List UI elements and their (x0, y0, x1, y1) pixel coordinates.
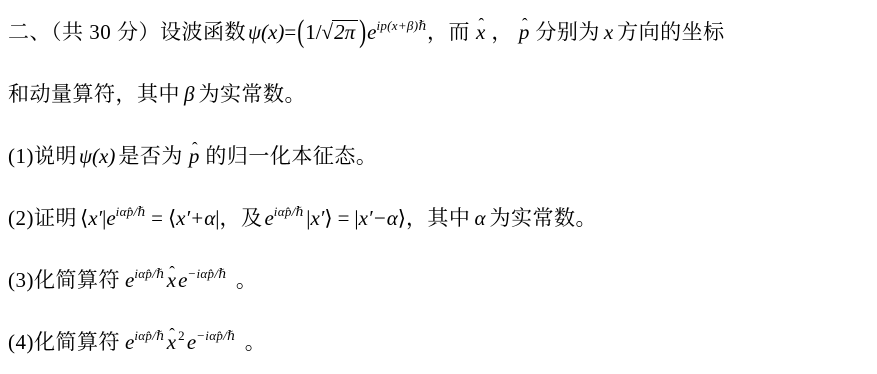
inverse-translation-operator: e−iαp̂/ℏ (178, 268, 227, 293)
exponent: iαp̂/ℏ (116, 204, 146, 219)
sub-question-1: (1)说明 ψ (x) 是否为 pˆ 的归一化本征态。 (6, 125, 869, 187)
mid-text: 分别为 (535, 1, 600, 63)
right-angle-bracket: ⟩ (324, 187, 332, 249)
equals-sign: = (151, 187, 163, 249)
exponent: −iαp̂/ℏ (196, 328, 236, 343)
sub-question-3: (3)化简算符 eiαp̂/ℏ xˆ e−iαp̂/ℏ 。 (6, 249, 869, 311)
exponent: −iαp̂/ℏ (187, 266, 227, 281)
square-exponent: 2 (178, 328, 185, 343)
mid-text: 是否为 (118, 125, 183, 187)
translation-operator: eiαp̂/ℏ (264, 206, 304, 231)
translation-operator: eiαp̂/ℏ (125, 268, 165, 293)
hat-accent: ˆ (522, 17, 528, 34)
question-number: (4)化简算符 (8, 311, 120, 373)
period: 。 (245, 311, 267, 373)
problem-statement-line-2: 和动量算符，其中 β 为实常数。 (6, 63, 869, 125)
exponent: iαp̂/ℏ (134, 328, 164, 343)
pre-text: 和动量算符，其中 (8, 63, 180, 125)
x-variable: x (604, 1, 613, 63)
x-prime-plus-alpha: x′+α (176, 187, 215, 249)
right-paren: ) (358, 13, 367, 51)
psi-argument: (x) (261, 1, 284, 63)
one-over-numerator: 1/ (305, 1, 321, 63)
translation-operator: eiαp̂/ℏ (125, 330, 165, 355)
hat-accent: ˆ (169, 265, 175, 282)
tail-text: 方向的坐标 (617, 1, 725, 63)
x-hat-operator: xˆ (165, 268, 178, 293)
tail-text: 的归一化本征态。 (205, 125, 377, 187)
sub-question-2: (2)证明 ⟨ x′ | eiαp̂/ℏ = ⟨ x′+α | ，及 eiαp̂… (6, 187, 869, 249)
p-hat-operator: pˆ (517, 20, 532, 45)
problem-intro-text: 二、（共 30 分）设波函数 (8, 1, 246, 63)
x-prime: x′ (88, 187, 102, 249)
exponent: iαp̂/ℏ (274, 204, 304, 219)
question-number: (1)说明 (8, 125, 77, 187)
psi-argument: (x) (92, 125, 115, 187)
psi-symbol: ψ (79, 125, 92, 187)
inverse-translation-operator: e−iαp̂/ℏ (187, 330, 236, 355)
equals-sign: = (284, 1, 296, 63)
hat-accent: ˆ (192, 141, 198, 158)
period: 。 (236, 249, 258, 311)
translation-operator: eiαp̂/ℏ (106, 206, 146, 231)
right-angle-bracket: ⟩ (398, 187, 406, 249)
equals-sign: = (338, 187, 350, 249)
left-angle-bracket: ⟨ (80, 187, 88, 249)
connector-text: ，而 (427, 1, 470, 63)
exponent: ip(x+β)ℏ (376, 18, 427, 33)
beta-symbol: β (184, 63, 194, 125)
exam-document: 二、（共 30 分）设波函数 ψ (x) = ( 1/ √2π ) eip(x+… (0, 0, 877, 373)
tail-text: 为实常数。 (198, 63, 306, 125)
e-base: e (125, 330, 134, 354)
comma: ， (491, 1, 513, 63)
left-angle-bracket: ⟨ (168, 187, 176, 249)
e-base: e (187, 330, 196, 354)
exponent: iαp̂/ℏ (134, 266, 164, 281)
question-number: (2)证明 (8, 187, 77, 249)
radicand: 2π (332, 20, 358, 43)
e-base: e (178, 268, 187, 292)
problem-statement-line-1: 二、（共 30 分）设波函数 ψ (x) = ( 1/ √2π ) eip(x+… (6, 1, 869, 63)
tail-text: 为实常数。 (489, 187, 597, 249)
x-hat-operator: xˆ (474, 20, 487, 45)
hat-accent: ˆ (169, 327, 175, 344)
e-base: e (264, 206, 273, 230)
x-hat-operator: xˆ (165, 330, 178, 355)
hat-accent: ˆ (479, 17, 485, 34)
x-prime: x′ (310, 187, 324, 249)
e-base: e (106, 206, 115, 230)
sub-question-4: (4)化简算符 eiαp̂/ℏ xˆ2 e−iαp̂/ℏ 。 (6, 311, 869, 373)
x-prime-minus-alpha: x′−α (359, 187, 398, 249)
alpha-symbol: α (474, 187, 485, 249)
question-number: (3)化简算符 (8, 249, 120, 311)
sqrt-2pi: √2π (322, 20, 359, 45)
mid-text: ，其中 (406, 187, 471, 249)
p-hat-operator: pˆ (187, 144, 202, 169)
and-text: ，及 (219, 187, 262, 249)
left-paren: ( (296, 13, 305, 51)
x-hat-squared-operator: xˆ2 (165, 330, 185, 355)
e-base: e (125, 268, 134, 292)
exponential-factor: eip(x+β)ℏ (367, 20, 427, 45)
psi-symbol: ψ (248, 1, 261, 63)
